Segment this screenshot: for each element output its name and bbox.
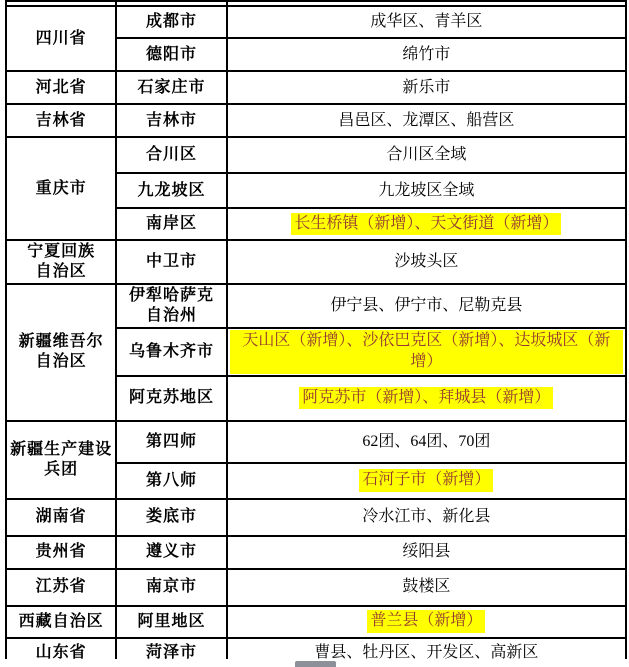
province-cell: 西藏自治区 <box>6 606 116 638</box>
province-cell: 河北省 <box>6 71 116 104</box>
area-cell: 九龙坡区全域 <box>227 173 626 208</box>
area-cell: 沙坡头区 <box>227 240 626 284</box>
city-cell: 南京市 <box>116 569 226 606</box>
table-row: 湖南省娄底市冷水江市、新化县 <box>6 499 626 536</box>
table-container: 四川省成都市成华区、青羊区德阳市绵竹市河北省石家庄市新乐市吉林省吉林市昌邑区、龙… <box>5 0 627 659</box>
table-row: 新疆生产建设 兵团第四师62团、64团、70团 <box>6 421 626 463</box>
area-cell: 62团、64团、70团 <box>227 421 626 463</box>
city-cell: 成都市 <box>116 6 226 38</box>
scrollbar-thumb[interactable] <box>295 661 336 667</box>
area-cell: 鼓楼区 <box>227 569 626 606</box>
area-cell: 绵竹市 <box>227 38 626 71</box>
table-row: 贵州省遵义市绥阳县 <box>6 536 626 569</box>
area-cell: 新乐市 <box>227 71 626 104</box>
highlighted-area-text: 石河子市（新增） <box>359 469 493 492</box>
highlighted-area-text: 普兰县（新增） <box>367 610 485 633</box>
province-cell: 贵州省 <box>6 536 116 569</box>
table-row: 西藏自治区阿里地区普兰县（新增） <box>6 606 626 638</box>
city-cell: 阿克苏地区 <box>116 376 226 421</box>
table-row: 四川省成都市成华区、青羊区 <box>6 6 626 38</box>
province-cell: 重庆市 <box>6 137 116 240</box>
table-row: 宁夏回族 自治区中卫市沙坡头区 <box>6 240 626 284</box>
city-cell: 第四师 <box>116 421 226 463</box>
city-cell: 德阳市 <box>116 38 226 71</box>
city-cell: 菏泽市 <box>116 638 226 659</box>
city-cell: 合川区 <box>116 137 226 173</box>
area-cell: 普兰县（新增） <box>227 606 626 638</box>
area-cell: 伊宁县、伊宁市、尼勒克县 <box>227 284 626 328</box>
area-cell: 成华区、青羊区 <box>227 6 626 38</box>
highlighted-area-text: 阿克苏市（新增）、拜城县（新增） <box>299 387 553 410</box>
risk-area-table-body: 四川省成都市成华区、青羊区德阳市绵竹市河北省石家庄市新乐市吉林省吉林市昌邑区、龙… <box>6 1 626 659</box>
city-cell: 吉林市 <box>116 104 226 137</box>
highlighted-area-text: 天山区（新增）、沙依巴克区（新增）、达坂城区（新增） <box>230 330 623 374</box>
risk-area-table: 四川省成都市成华区、青羊区德阳市绵竹市河北省石家庄市新乐市吉林省吉林市昌邑区、龙… <box>5 0 627 659</box>
city-cell: 阿里地区 <box>116 606 226 638</box>
table-row: 江苏省南京市鼓楼区 <box>6 569 626 606</box>
city-cell: 伊犁哈萨克 自治州 <box>116 284 226 328</box>
province-cell: 新疆生产建设 兵团 <box>6 421 116 499</box>
highlighted-area-text: 长生桥镇（新增）、天文街道（新增） <box>291 213 561 236</box>
page: 四川省成都市成华区、青羊区德阳市绵竹市河北省石家庄市新乐市吉林省吉林市昌邑区、龙… <box>0 0 629 667</box>
table-row: 重庆市合川区合川区全域 <box>6 137 626 173</box>
area-cell: 绥阳县 <box>227 536 626 569</box>
province-cell: 湖南省 <box>6 499 116 536</box>
province-cell: 山东省 <box>6 638 116 659</box>
province-cell: 四川省 <box>6 6 116 71</box>
province-cell: 新疆维吾尔 自治区 <box>6 284 116 421</box>
table-row: 河北省石家庄市新乐市 <box>6 71 626 104</box>
city-cell: 娄底市 <box>116 499 226 536</box>
area-cell: 天山区（新增）、沙依巴克区（新增）、达坂城区（新增） <box>227 328 626 376</box>
area-cell: 曹县、牡丹区、开发区、高新区 <box>227 638 626 659</box>
city-cell: 中卫市 <box>116 240 226 284</box>
area-cell: 冷水江市、新化县 <box>227 499 626 536</box>
city-cell: 第八师 <box>116 463 226 499</box>
city-cell: 石家庄市 <box>116 71 226 104</box>
area-cell: 阿克苏市（新增）、拜城县（新增） <box>227 376 626 421</box>
table-row: 吉林省吉林市昌邑区、龙潭区、船营区 <box>6 104 626 137</box>
province-cell: 吉林省 <box>6 104 116 137</box>
table-row: 山东省菏泽市曹县、牡丹区、开发区、高新区 <box>6 638 626 659</box>
province-cell: 江苏省 <box>6 569 116 606</box>
city-cell: 遵义市 <box>116 536 226 569</box>
area-cell: 长生桥镇（新增）、天文街道（新增） <box>227 208 626 240</box>
area-cell: 石河子市（新增） <box>227 463 626 499</box>
city-cell: 九龙坡区 <box>116 173 226 208</box>
area-cell: 昌邑区、龙潭区、船营区 <box>227 104 626 137</box>
table-row: 新疆维吾尔 自治区伊犁哈萨克 自治州伊宁县、伊宁市、尼勒克县 <box>6 284 626 328</box>
city-cell: 南岸区 <box>116 208 226 240</box>
province-cell: 宁夏回族 自治区 <box>6 240 116 284</box>
area-cell: 合川区全域 <box>227 137 626 173</box>
city-cell: 乌鲁木齐市 <box>116 328 226 376</box>
